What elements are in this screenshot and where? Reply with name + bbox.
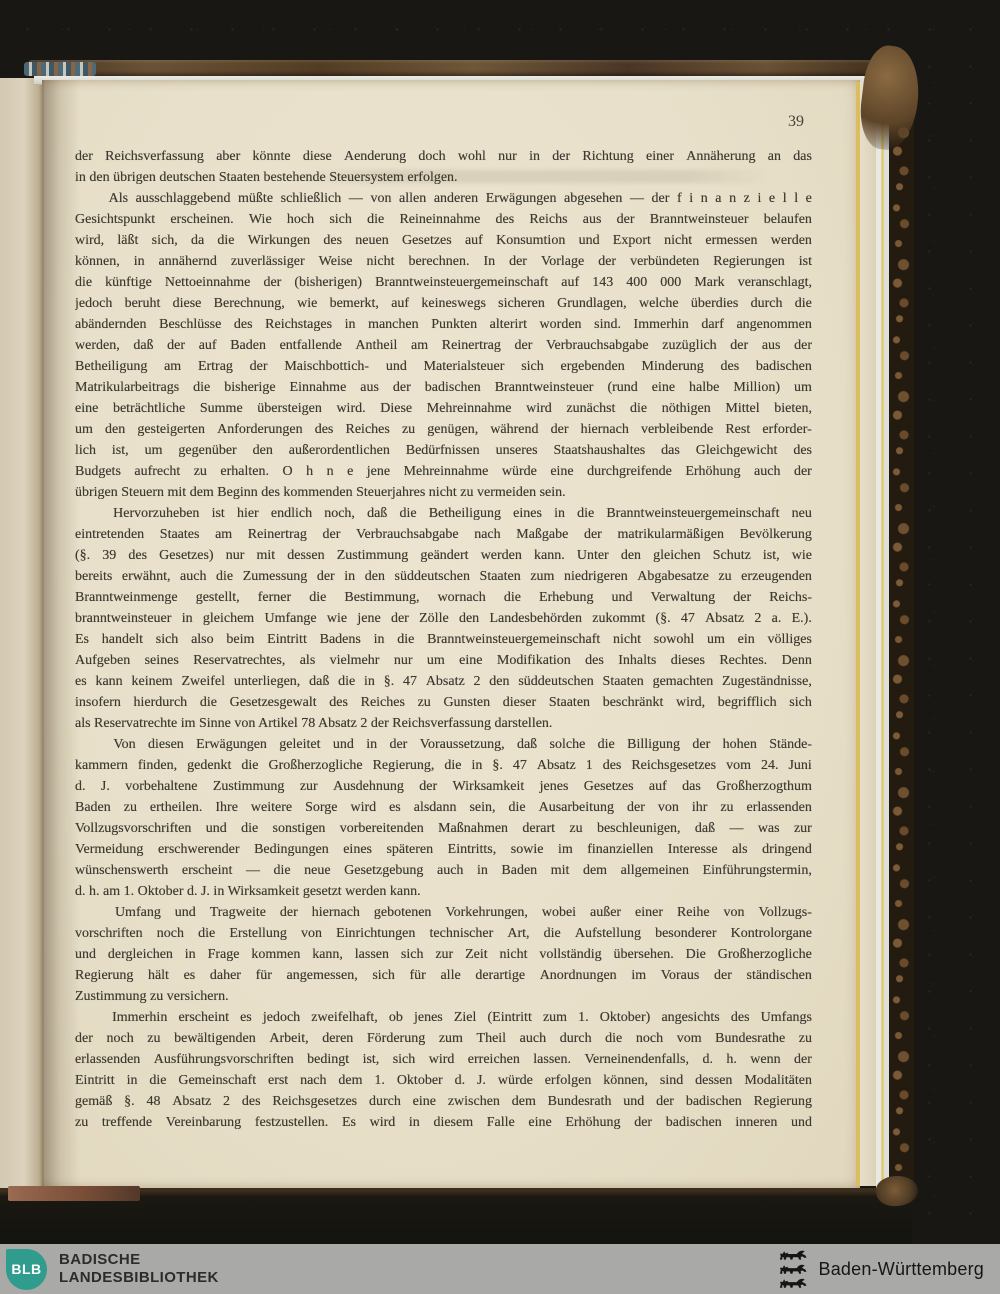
text-line: in den übrigen deutschen Staaten bestehe…	[75, 167, 812, 188]
text-line: übrigen Steuern mit dem Beginn des komme…	[75, 482, 812, 503]
text-line: EintrittindieGemeinschafterstnachdem1.Ok…	[75, 1070, 812, 1091]
text-line: umdengesteigertenAnforderungendesReiches…	[75, 419, 812, 440]
text-line: VondiesenErwägungengeleitetundinderVorau…	[75, 734, 812, 755]
blb-logo-text: BLB	[11, 1261, 41, 1277]
text-line: Regierunghältesdaherfürangemessen,sichfü…	[75, 965, 812, 986]
page-text: derReichsverfassungaberkönntedieseAender…	[75, 146, 812, 1133]
text-line: werden,daßderaufBadenentfallendeAntheila…	[75, 335, 812, 356]
text-line: einebeträchtlicheSummeübersteigenwird.Di…	[75, 398, 812, 419]
text-line: Hervorzuhebenisthierendlichnoch,daßdieBe…	[75, 503, 812, 524]
text-line: als Reservatrechte im Sinne von Artikel …	[75, 713, 812, 734]
book-scan-viewport: 39 derReichsverfassungaberkönntedieseAen…	[0, 0, 1000, 1294]
text-line: UmfangundTragweitederhiernachgebotenenVo…	[75, 902, 812, 923]
text-line: Immerhinerscheintesjedochzweifelhaft,obj…	[75, 1007, 812, 1028]
blb-logo: BLB	[6, 1249, 47, 1290]
text-line: Gesichtspunkterscheinen.WiehochsichdieRe…	[75, 209, 812, 230]
text-line: Branntweinmengegestellt,fernerdieBestimm…	[75, 587, 812, 608]
headband	[24, 62, 96, 76]
text-line: bereitserwähnt,auchdieZumessungderindens…	[75, 566, 812, 587]
text-line: wird,läßtsich,dadieWirkungendesneuenGese…	[75, 230, 812, 251]
text-line: lichist,umgegenüberdenaußerordentlichenB…	[75, 440, 812, 461]
text-line: eintretendenStaatesamReinertragderVerbra…	[75, 524, 812, 545]
text-line: können,inannäherndzuverlässigerWeisenich…	[75, 251, 812, 272]
library-name-line1: BADISCHE	[59, 1251, 219, 1269]
text-line: AufgebenseinesReservatrechtes,alsvielmeh…	[75, 650, 812, 671]
text-line: kammernfinden,gedenktdieGroßherzoglicheR…	[75, 755, 812, 776]
book-top-cover-edge	[28, 60, 886, 77]
text-line: diekünftigeNettoeinnahmeder(bisherigen)B…	[75, 272, 812, 293]
library-name: BADISCHE LANDESBIBLIOTHEK	[59, 1251, 219, 1287]
text-line: (§.39desGesetzes)nurmitdessenZustimmungg…	[75, 545, 812, 566]
text-line: erlassendenAusführungsvorschriftenbeding…	[75, 1049, 812, 1070]
book-right-cover-edge	[889, 64, 914, 1198]
library-branding: BLB BADISCHE LANDESBIBLIOTHEK	[6, 1249, 219, 1290]
text-line: Vollzugsvorschriftenunddiesonstigenvorbe…	[75, 818, 812, 839]
state-branding: Baden-Württemberg	[778, 1248, 984, 1290]
text-line: eskannkeinemZweifelunterliegen,daßdiein§…	[75, 671, 812, 692]
text-line: gemäß§.48Absatz2desReichsgesetzesdurchei…	[75, 1091, 812, 1112]
library-footer-bar: BLB BADISCHE LANDESBIBLIOTHEK Baden-Würt…	[0, 1244, 1000, 1294]
text-line: EshandeltsichalsobeimEintrittBadensindie…	[75, 629, 812, 650]
page-stack-right-edge	[876, 76, 889, 1190]
text-line: derReichsverfassungaberkönntedieseAender…	[75, 146, 812, 167]
text-line: wünschenswertherscheint—dieneueGesetzgeb…	[75, 860, 812, 881]
text-line: VermeidungerschwerenderBedingungeneiness…	[75, 839, 812, 860]
facing-page-edge	[0, 78, 44, 1188]
text-line: d.J.vorbehalteneZustimmungzurAusdehnungd…	[75, 776, 812, 797]
baden-wuerttemberg-coat-of-arms-icon	[778, 1248, 808, 1290]
text-line: BetheiligungamErtragderMaischbottich-und…	[75, 356, 812, 377]
text-line: MatrikularbeitragsdiebisherigeEinnahmeau…	[75, 377, 812, 398]
text-line: d. h. am 1. Oktober d. J. in Wirksamkeit…	[75, 881, 812, 902]
text-line: abänderndenBeschlüssedesReichstagesinman…	[75, 314, 812, 335]
book-page: 39 derReichsverfassungaberkönntedieseAen…	[42, 80, 860, 1188]
text-line: unddergleicheninFragekommenkann,lassensi…	[75, 944, 812, 965]
text-line: Zustimmung zu versichern.	[75, 986, 812, 1007]
text-line: branntweinsteueringleichemUmfangewiejene…	[75, 608, 812, 629]
tailband	[8, 1186, 140, 1201]
text-line: vorschriftennochdieErstellungvonEinricht…	[75, 923, 812, 944]
page-fore-edge	[860, 82, 876, 1186]
text-line: Badenzuertheilen.IhreweitereSorgewirdesa…	[75, 797, 812, 818]
state-label: Baden-Württemberg	[819, 1259, 984, 1280]
text-line: Alsausschlaggebendmüßteschließlich—vonal…	[75, 188, 812, 209]
library-name-line2: LANDESBIBLIOTHEK	[59, 1269, 219, 1287]
page-number: 39	[788, 113, 804, 131]
text-line: zutreffendeVereinbarungfestzustellen.Esw…	[75, 1112, 812, 1133]
text-line: Budgetsaufrechtzuerhalten.OhnejeneMehrei…	[75, 461, 812, 482]
text-line: jedochberuhtdieseBerechnung,wiebemerkt,a…	[75, 293, 812, 314]
text-line: insofernhierdurchdieGesetzesgewaltdesRei…	[75, 692, 812, 713]
text-line: dernochzubewältigendenArbeit,derenFörder…	[75, 1028, 812, 1049]
